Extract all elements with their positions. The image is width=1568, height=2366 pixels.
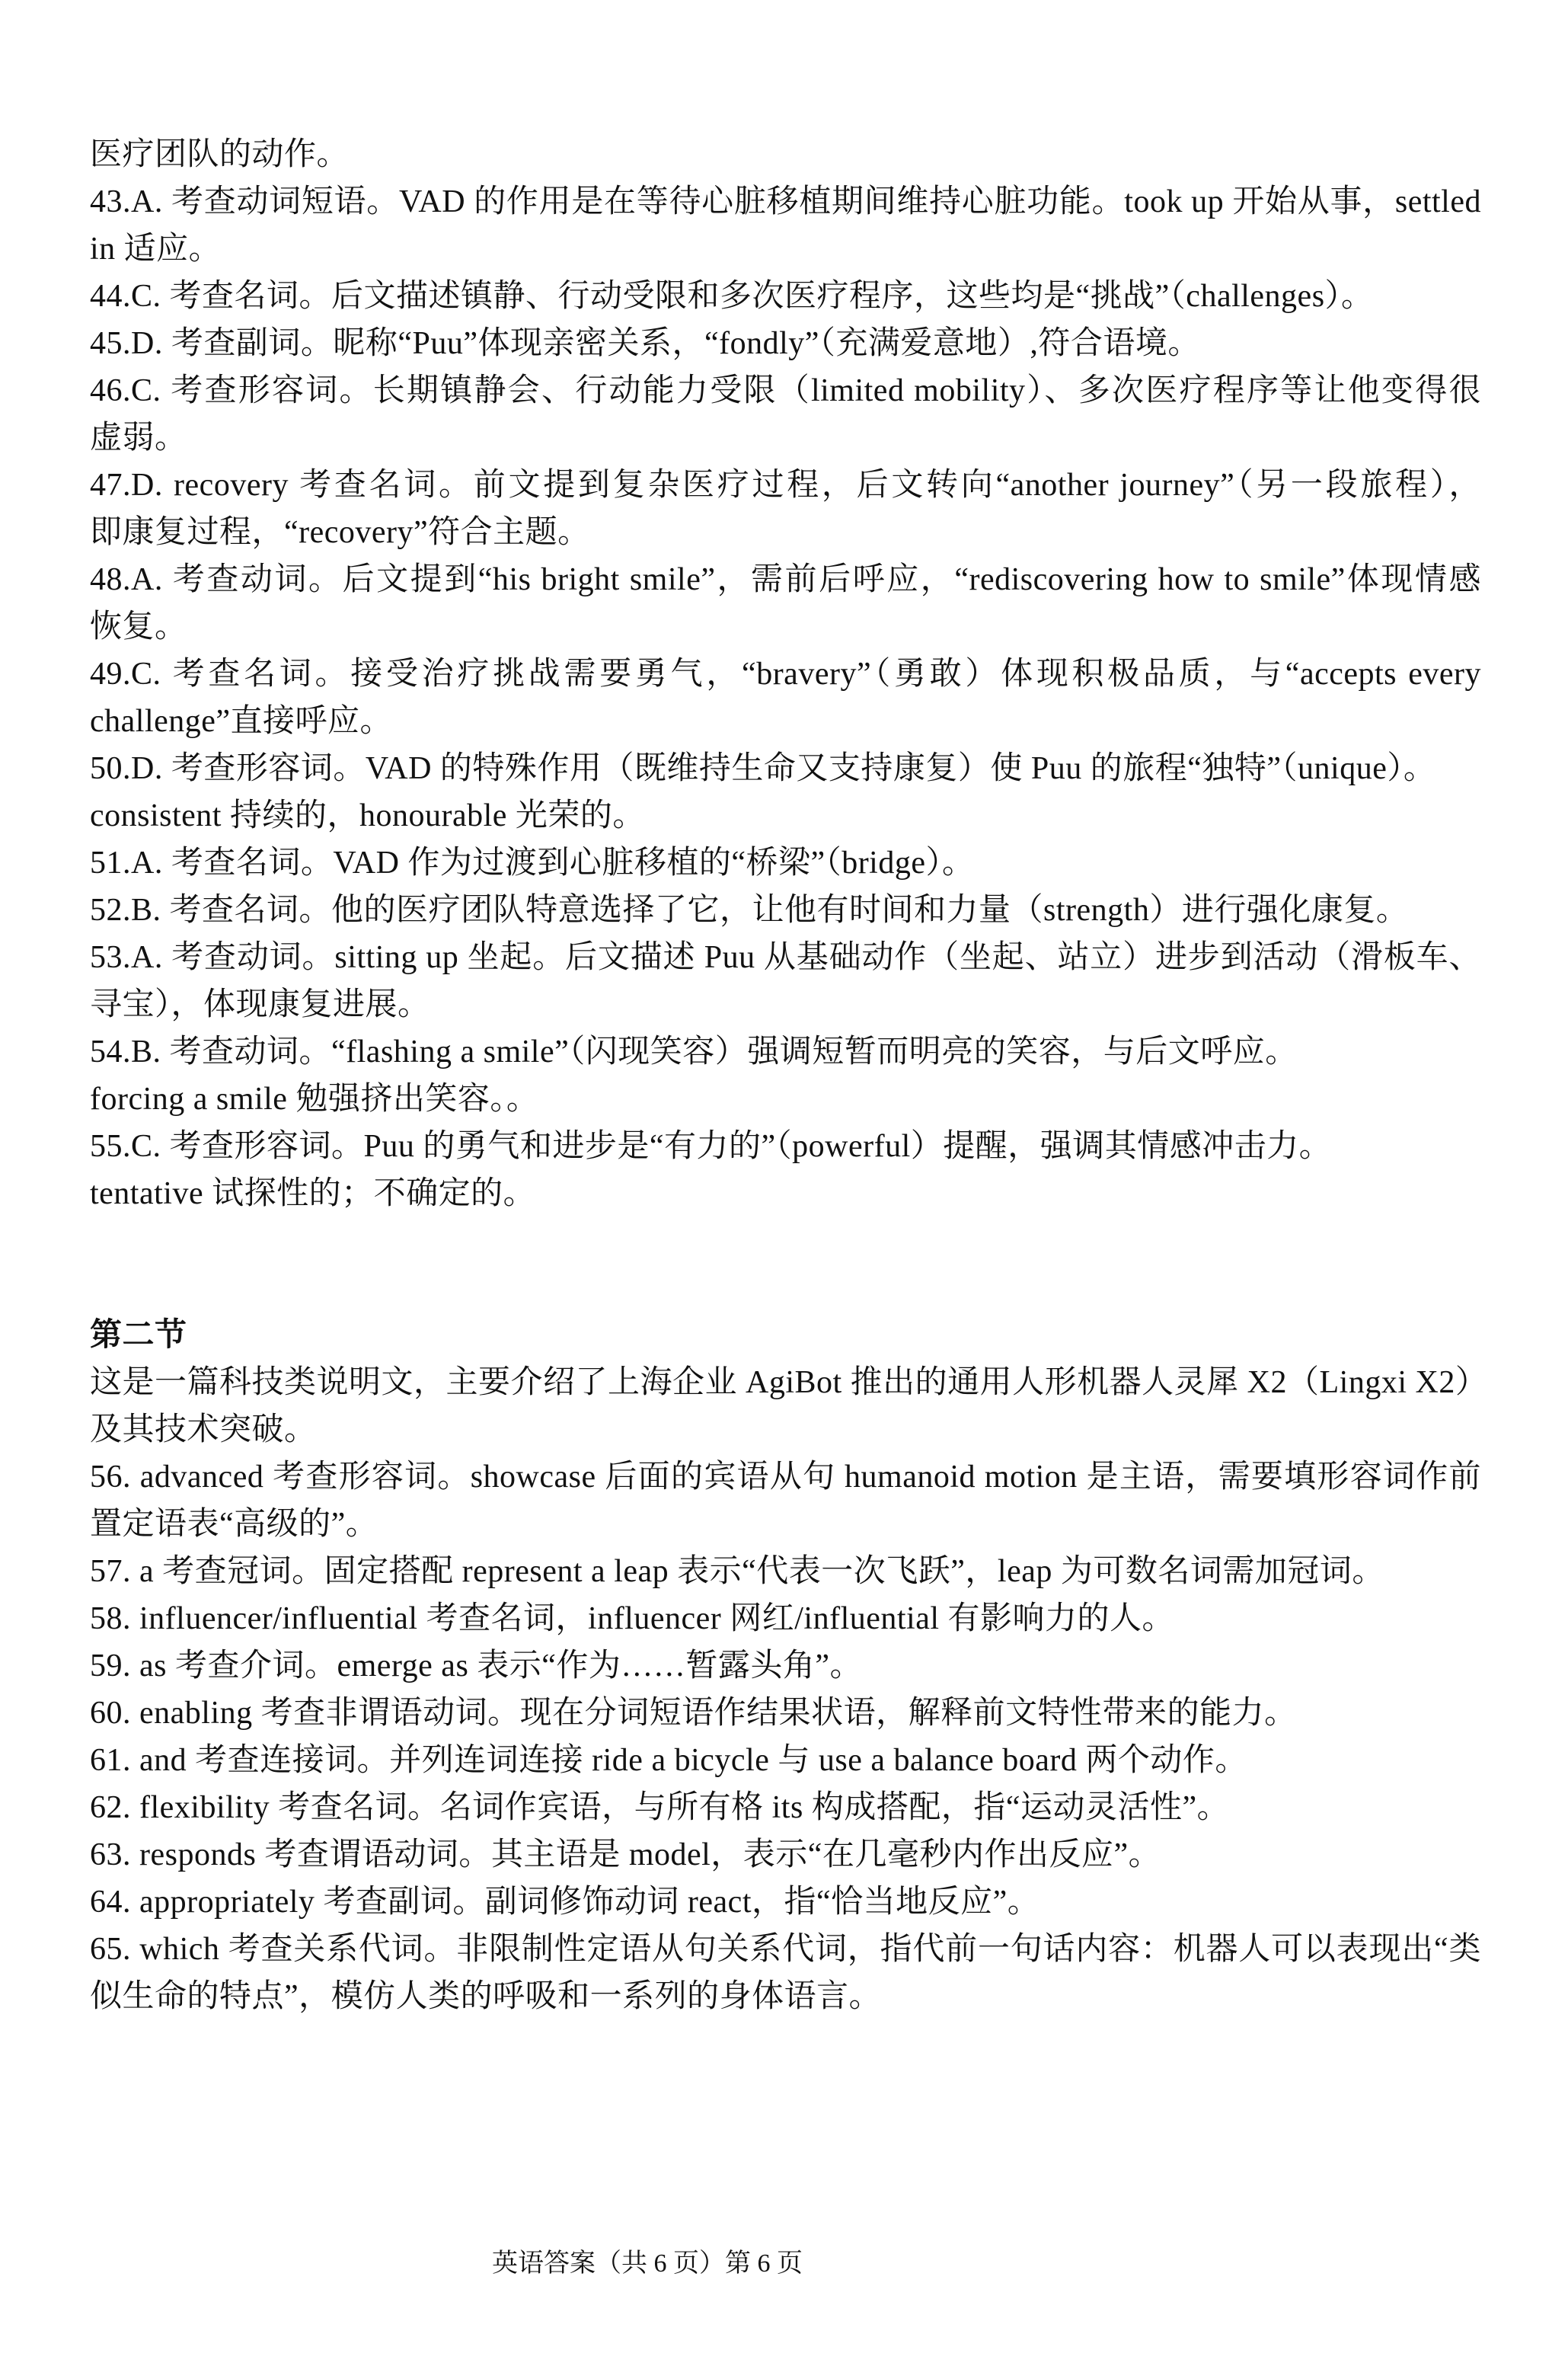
blank-line [90, 1217, 1481, 1265]
text-line: 寻宝），体现康复进展。 [90, 981, 1481, 1028]
answer-explanations: 医疗团队的动作。43.A. 考查动词短语。VAD 的作用是在等待心脏移植期间维持… [90, 131, 1481, 2020]
section-heading: 第二节 [90, 1312, 1481, 1359]
text-line: 56. advanced 考查形容词。showcase 后面的宾语从句 huma… [90, 1453, 1481, 1501]
text-line: 及其技术突破。 [90, 1406, 1481, 1453]
text-line: forcing a smile 勉强挤出笑容。。 [90, 1076, 1481, 1123]
text-line: 65. which 考查关系代词。非限制性定语从句关系代词，指代前一句话内容：机… [90, 1926, 1481, 1973]
text-line: 52.B. 考查名词。他的医疗团队特意选择了它，让他有时间和力量（strengt… [90, 887, 1481, 934]
text-line: 58. influencer/influential 考查名词，influenc… [90, 1595, 1481, 1642]
text-line: 44.C. 考查名词。后文描述镇静、行动受限和多次医疗程序，这些均是“挑战”（c… [90, 273, 1481, 320]
text-line: 62. flexibility 考查名词。名词作宾语，与所有格 its 构成搭配… [90, 1784, 1481, 1831]
text-line: 60. enabling 考查非谓语动词。现在分词短语作结果状语，解释前文特性带… [90, 1690, 1481, 1737]
text-line: in 适应。 [90, 225, 1481, 273]
text-line: 64. appropriately 考查副词。副词修饰动词 react，指“恰当… [90, 1878, 1481, 1926]
text-line: 50.D. 考查形容词。VAD 的特殊作用（既维持生命又支持康复）使 Puu 的… [90, 745, 1481, 792]
text-line: 虚弱。 [90, 414, 1481, 462]
text-line: 59. as 考查介词。emerge as 表示“作为……暂露头角”。 [90, 1642, 1481, 1690]
text-line: 51.A. 考查名词。VAD 作为过渡到心脏移植的“桥梁”（bridge）。 [90, 839, 1481, 887]
text-line: 这是一篇科技类说明文，主要介绍了上海企业 AgiBot 推出的通用人形机器人灵犀… [90, 1359, 1481, 1406]
text-line: 57. a 考查冠词。固定搭配 represent a leap 表示“代表一次… [90, 1548, 1481, 1595]
answer-sheet-page: 医疗团队的动作。43.A. 考查动词短语。VAD 的作用是在等待心脏移植期间维持… [0, 0, 1568, 2366]
text-line: consistent 持续的，honourable 光荣的。 [90, 792, 1481, 839]
text-line: 置定语表“高级的”。 [90, 1501, 1481, 1548]
text-line: 43.A. 考查动词短语。VAD 的作用是在等待心脏移植期间维持心脏功能。too… [90, 178, 1481, 225]
text-line: 55.C. 考查形容词。Puu 的勇气和进步是“有力的”（powerful）提醒… [90, 1123, 1481, 1170]
text-line: challenge”直接呼应。 [90, 698, 1481, 745]
text-line: 46.C. 考查形容词。长期镇静会、行动能力受限（limited mobilit… [90, 367, 1481, 414]
text-line: 45.D. 考查副词。昵称“Puu”体现亲密关系，“fondly”（充满爱意地）… [90, 320, 1481, 367]
text-line: tentative 试探性的；不确定的。 [90, 1170, 1481, 1217]
text-line: 似生命的特点”，模仿人类的呼吸和一系列的身体语言。 [90, 1973, 1481, 2020]
text-line: 医疗团队的动作。 [90, 131, 1481, 178]
page-footer: 英语答案（共 6 页）第 6 页 [0, 2246, 1295, 2282]
text-line: 61. and 考查连接词。并列连词连接 ride a bicycle 与 us… [90, 1737, 1481, 1784]
blank-line [90, 1265, 1481, 1312]
text-line: 49.C. 考查名词。接受治疗挑战需要勇气，“bravery”（勇敢）体现积极品… [90, 651, 1481, 698]
text-line: 48.A. 考查动词。后文提到“his bright smile”，需前后呼应，… [90, 556, 1481, 603]
text-line: 即康复过程，“recovery”符合主题。 [90, 509, 1481, 556]
text-line: 恢复。 [90, 603, 1481, 651]
text-line: 47.D. recovery 考查名词。前文提到复杂医疗过程，后文转向“anot… [90, 462, 1481, 509]
text-line: 53.A. 考查动词。sitting up 坐起。后文描述 Puu 从基础动作（… [90, 934, 1481, 981]
text-line: 63. responds 考查谓语动词。其主语是 model，表示“在几毫秒内作… [90, 1831, 1481, 1878]
text-line: 54.B. 考查动词。“flashing a smile”（闪现笑容）强调短暂而… [90, 1028, 1481, 1076]
